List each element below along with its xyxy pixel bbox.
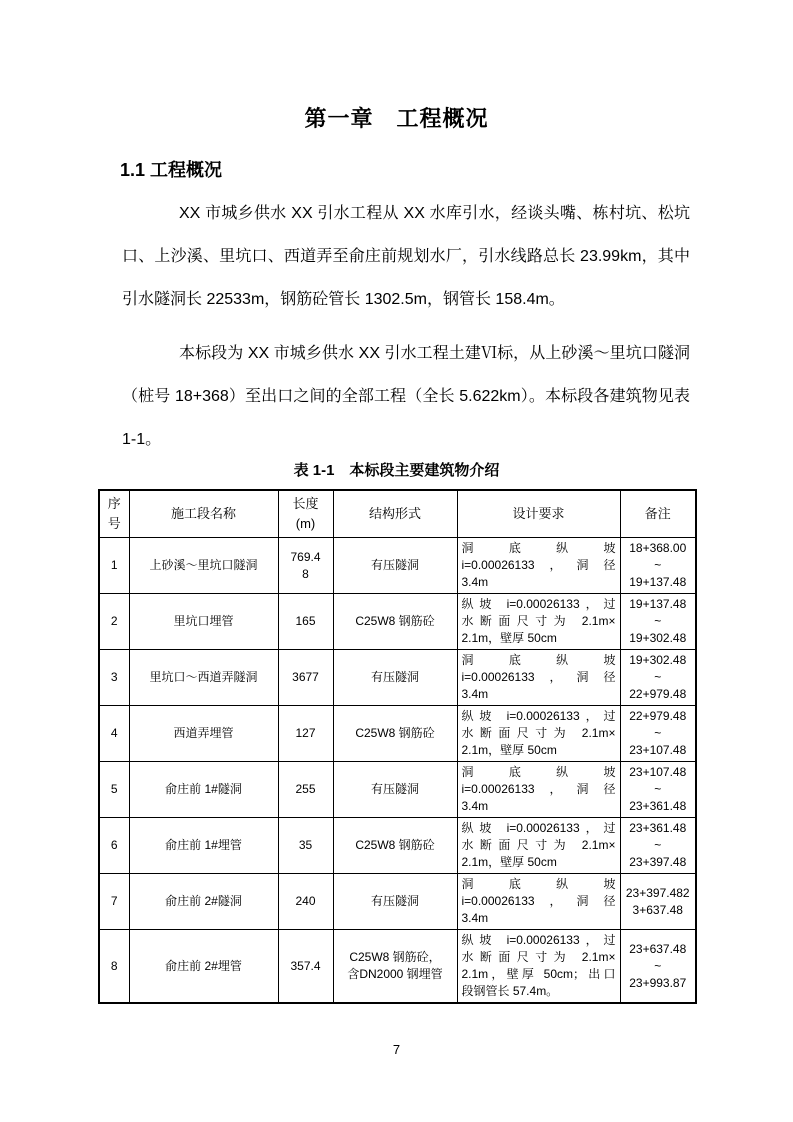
design-requirement-line: 3.4m (462, 686, 616, 703)
cell-structure: 有压隧洞 (333, 762, 457, 818)
design-requirement-line: 3.4m (462, 798, 616, 815)
design-requirement-line: i=0.00026133，洞径 (462, 893, 616, 910)
page-number: 7 (0, 1042, 793, 1058)
cell-section-name: 俞庄前 2#隧洞 (129, 874, 278, 930)
design-requirement-line: 纵坡 i=0.00026133，过 (462, 932, 616, 949)
table-row: 3里坑口～西道弄隧洞3677有压隧洞洞底纵坡i=0.00026133，洞径3.4… (99, 650, 696, 706)
cell-section-name: 西道弄埋管 (129, 706, 278, 762)
cell-length: 769.4 8 (278, 538, 333, 594)
cell-remark: 22+979.48 ~ 23+107.48 (620, 706, 696, 762)
column-header-3: 结构形式 (333, 490, 457, 538)
design-requirement-line: 3.4m (462, 910, 616, 927)
cell-seq: 8 (99, 930, 129, 1004)
cell-structure: C25W8 钢筋砼 (333, 818, 457, 874)
cell-seq: 6 (99, 818, 129, 874)
design-requirement-line: 2.1m，壁厚 50cm (462, 854, 616, 871)
table-caption: 表 1-1 本标段主要建筑物介绍 (0, 461, 793, 481)
section-heading: 1.1 工程概况 (120, 158, 793, 182)
table-row: 7俞庄前 2#隧洞240有压隧洞洞底纵坡i=0.00026133，洞径3.4m2… (99, 874, 696, 930)
table-row: 8俞庄前 2#埋管357.4C25W8 钢筋砼， 含DN2000 钢埋管纵坡 i… (99, 930, 696, 1004)
table-row: 4西道弄埋管127C25W8 钢筋砼纵坡 i=0.00026133，过水断面尺寸… (99, 706, 696, 762)
cell-length: 357.4 (278, 930, 333, 1004)
cell-seq: 3 (99, 650, 129, 706)
paragraph-bid-section: 本标段为 XX 市城乡供水 XX 引水工程土建Ⅵ标，从上砂溪～里坑口隧洞（桩号 … (122, 332, 690, 461)
column-header-5: 备注 (620, 490, 696, 538)
paragraph-project-overview: XX 市城乡供水 XX 引水工程从 XX 水库引水，经谈头嘴、栋村坑、松坑口、上… (122, 192, 690, 321)
table-body: 1上砂溪～里坑口隧洞769.4 8有压隧洞洞底纵坡i=0.00026133，洞径… (99, 538, 696, 1004)
design-requirement-line: 水断面尺寸为 2.1m× (462, 837, 616, 854)
cell-length: 35 (278, 818, 333, 874)
cell-section-name: 俞庄前 1#隧洞 (129, 762, 278, 818)
cell-seq: 7 (99, 874, 129, 930)
cell-design-requirement: 洞底纵坡i=0.00026133，洞径3.4m (457, 650, 620, 706)
cell-remark: 23+637.48 ~ 23+993.87 (620, 930, 696, 1004)
chapter-title: 第一章 工程概况 (0, 0, 793, 134)
cell-section-name: 里坑口埋管 (129, 594, 278, 650)
cell-length: 165 (278, 594, 333, 650)
cell-length: 255 (278, 762, 333, 818)
column-header-4: 设计要求 (457, 490, 620, 538)
cell-remark: 23+107.48 ~ 23+361.48 (620, 762, 696, 818)
design-requirement-line: i=0.00026133，洞径 (462, 669, 616, 686)
document-page: 第一章 工程概况 1.1 工程概况 XX 市城乡供水 XX 引水工程从 XX 水… (0, 0, 793, 1122)
table-row: 6俞庄前 1#埋管35C25W8 钢筋砼纵坡 i=0.00026133，过水断面… (99, 818, 696, 874)
cell-design-requirement: 纵坡 i=0.00026133，过水断面尺寸为 2.1m×2.1m，壁厚 50c… (457, 706, 620, 762)
design-requirement-line: 洞底纵坡 (462, 876, 616, 893)
design-requirement-line: 纵坡 i=0.00026133，过 (462, 708, 616, 725)
cell-design-requirement: 纵坡 i=0.00026133，过水断面尺寸为 2.1m×2.1m，壁厚 50c… (457, 930, 620, 1004)
cell-remark: 23+361.48 ~ 23+397.48 (620, 818, 696, 874)
cell-structure: C25W8 钢筋砼 (333, 594, 457, 650)
cell-design-requirement: 洞底纵坡i=0.00026133，洞径3.4m (457, 538, 620, 594)
design-requirement-line: 纵坡 i=0.00026133，过 (462, 820, 616, 837)
design-requirement-line: 洞底纵坡 (462, 540, 616, 557)
column-header-0: 序号 (99, 490, 129, 538)
cell-seq: 4 (99, 706, 129, 762)
cell-section-name: 俞庄前 1#埋管 (129, 818, 278, 874)
cell-structure: 有压隧洞 (333, 538, 457, 594)
design-requirement-line: 水断面尺寸为 2.1m× (462, 613, 616, 630)
cell-design-requirement: 洞底纵坡i=0.00026133，洞径3.4m (457, 874, 620, 930)
table-row: 5俞庄前 1#隧洞255有压隧洞洞底纵坡i=0.00026133，洞径3.4m2… (99, 762, 696, 818)
cell-structure: 有压隧洞 (333, 874, 457, 930)
design-requirement-line: 纵坡 i=0.00026133，过 (462, 596, 616, 613)
column-header-1: 施工段名称 (129, 490, 278, 538)
design-requirement-line: 水断面尺寸为 2.1m× (462, 725, 616, 742)
table-header: 序号施工段名称长度 (m)结构形式设计要求备注 (99, 490, 696, 538)
cell-seq: 1 (99, 538, 129, 594)
cell-length: 240 (278, 874, 333, 930)
cell-section-name: 里坑口～西道弄隧洞 (129, 650, 278, 706)
table-row: 2里坑口埋管165C25W8 钢筋砼纵坡 i=0.00026133，过水断面尺寸… (99, 594, 696, 650)
table-header-row: 序号施工段名称长度 (m)结构形式设计要求备注 (99, 490, 696, 538)
design-requirement-line: 2.1m，壁厚 50cm (462, 630, 616, 647)
cell-structure: 有压隧洞 (333, 650, 457, 706)
cell-structure: C25W8 钢筋砼 (333, 706, 457, 762)
cell-seq: 5 (99, 762, 129, 818)
cell-section-name: 俞庄前 2#埋管 (129, 930, 278, 1004)
design-requirement-line: 洞底纵坡 (462, 764, 616, 781)
cell-remark: 18+368.00 ~ 19+137.48 (620, 538, 696, 594)
design-requirement-line: i=0.00026133，洞径 (462, 557, 616, 574)
cell-length: 3677 (278, 650, 333, 706)
design-requirement-line: 水断面尺寸为 2.1m× (462, 949, 616, 966)
column-header-2: 长度 (m) (278, 490, 333, 538)
cell-remark: 19+302.48 ~ 22+979.48 (620, 650, 696, 706)
cell-section-name: 上砂溪～里坑口隧洞 (129, 538, 278, 594)
cell-remark: 23+397.482 3+637.48 (620, 874, 696, 930)
design-requirement-line: 洞底纵坡 (462, 652, 616, 669)
design-requirement-line: 2.1m，壁厚 50cm (462, 742, 616, 759)
table-row: 1上砂溪～里坑口隧洞769.4 8有压隧洞洞底纵坡i=0.00026133，洞径… (99, 538, 696, 594)
cell-structure: C25W8 钢筋砼， 含DN2000 钢埋管 (333, 930, 457, 1004)
cell-seq: 2 (99, 594, 129, 650)
cell-remark: 19+137.48 ~ 19+302.48 (620, 594, 696, 650)
design-requirement-line: 2.1m，壁厚 50cm；出口 (462, 966, 616, 983)
design-requirement-line: i=0.00026133，洞径 (462, 781, 616, 798)
buildings-table: 序号施工段名称长度 (m)结构形式设计要求备注 1上砂溪～里坑口隧洞769.4 … (98, 489, 697, 1004)
design-requirement-line: 段钢管长 57.4m。 (462, 983, 616, 1000)
cell-design-requirement: 纵坡 i=0.00026133，过水断面尺寸为 2.1m×2.1m，壁厚 50c… (457, 818, 620, 874)
design-requirement-line: 3.4m (462, 574, 616, 591)
cell-design-requirement: 纵坡 i=0.00026133，过水断面尺寸为 2.1m×2.1m，壁厚 50c… (457, 594, 620, 650)
cell-design-requirement: 洞底纵坡i=0.00026133，洞径3.4m (457, 762, 620, 818)
cell-length: 127 (278, 706, 333, 762)
